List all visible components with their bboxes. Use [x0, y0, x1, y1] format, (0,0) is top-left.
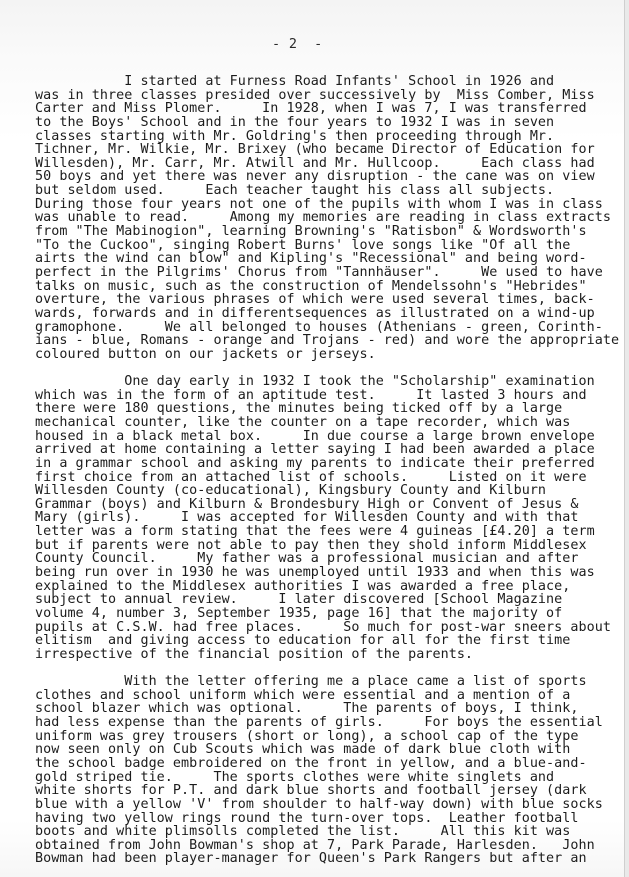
text-line: letter was a form stating that the fees … — [35, 525, 625, 539]
text-line: Carter and Miss Plomer. In 1928, when I … — [35, 102, 625, 116]
text-line: I started at Furness Road Infants' Schoo… — [35, 75, 625, 89]
text-line: first choice from an attached list of sc… — [35, 471, 625, 485]
text-line: Mary (girls). I was accepted for Willesd… — [35, 511, 625, 525]
document-body: I started at Furness Road Infants' Schoo… — [35, 75, 625, 877]
paragraph-scholarship-exam: One day early in 1932 I took the "Schola… — [35, 375, 625, 661]
text-line: 50 boys and yet there was never any disr… — [35, 170, 625, 184]
text-line: having two yellow rings round the turn-o… — [35, 812, 625, 826]
text-line: overture, the various phrases of which w… — [35, 293, 625, 307]
text-line: was in three classes presided over succe… — [35, 89, 625, 103]
text-line: talks on music, such as the construction… — [35, 280, 625, 294]
text-line: With the letter offering me a place came… — [35, 675, 625, 689]
text-line: which was in the form of an aptitude tes… — [35, 389, 625, 403]
scanned-document-page: - 2 - I started at Furness Road Infants'… — [0, 0, 629, 877]
text-line: obtained from John Bowman's shop at 7, P… — [35, 839, 625, 853]
text-line: airts the wind can blow" and Kipling's "… — [35, 252, 625, 266]
text-line: volume 4, number 3, September 1935, page… — [35, 607, 625, 621]
text-line: Bowman had been player-manager for Queen… — [35, 852, 625, 866]
text-line: school blazer which was optional. The pa… — [35, 702, 625, 716]
text-line: County Council. My father was a professi… — [35, 552, 625, 566]
text-line: there were 180 questions, the minutes be… — [35, 402, 625, 416]
text-line: mechanical counter, like the counter on … — [35, 416, 625, 430]
text-line: clothes and school uniform which were es… — [35, 689, 625, 703]
text-line: boots and white plimsolls completed the … — [35, 825, 625, 839]
text-line: elitism and giving access to education f… — [35, 634, 625, 648]
text-line: housed in a black metal box. In due cour… — [35, 430, 625, 444]
text-line: ians - blue, Romans - orange and Trojans… — [35, 334, 625, 348]
text-line: to the Boys' School and in the four year… — [35, 116, 625, 130]
text-line: gold striped tie. The sports clothes wer… — [35, 771, 625, 785]
text-line: but if parents were not able to pay then… — [35, 539, 625, 553]
text-line: uniform was grey trousers (short or long… — [35, 730, 625, 744]
page-number: - 2 - — [272, 36, 323, 52]
paragraph-school-memories: I started at Furness Road Infants' Schoo… — [35, 75, 625, 361]
text-line: white shorts for P.T. and dark blue shor… — [35, 784, 625, 798]
text-line: gramophone. We all belonged to houses (A… — [35, 321, 625, 335]
text-line: had less expense than the parents of gir… — [35, 716, 625, 730]
text-line: coloured button on our jackets or jersey… — [35, 348, 625, 362]
text-line: being run over in 1930 he was unemployed… — [35, 566, 625, 580]
text-line: subject to annual review. I later discov… — [35, 593, 625, 607]
text-line: now seen only on Cub Scouts which was ma… — [35, 743, 625, 757]
text-line: arrived at home containing a letter sayi… — [35, 443, 625, 457]
text-line: explained to the Middlesex authorities I… — [35, 580, 625, 594]
text-line: Willesden County (co-educational), Kings… — [35, 484, 625, 498]
text-line: pupils at C.S.W. had free places. So muc… — [35, 621, 625, 635]
text-line: Tichner, Mr. Wilkie, Mr. Brixey (who bec… — [35, 143, 625, 157]
text-line: During those four years not one of the p… — [35, 198, 625, 212]
text-line: irrespective of the financial position o… — [35, 648, 625, 662]
text-line: Grammar (boys) and Kilburn & Brondesbury… — [35, 498, 625, 512]
text-line: the school badge embroidered on the fron… — [35, 757, 625, 771]
text-line: classes starting with Mr. Goldring's the… — [35, 130, 625, 144]
text-line: Willesden), Mr. Carr, Mr. Atwill and Mr.… — [35, 157, 625, 171]
text-line: perfect in the Pilgrims' Chorus from "Ta… — [35, 266, 625, 280]
text-line: but seldom used. Each teacher taught his… — [35, 184, 625, 198]
text-line: "To the Cuckoo", singing Robert Burns' l… — [35, 239, 625, 253]
text-line: One day early in 1932 I took the "Schola… — [35, 375, 625, 389]
paragraph-uniform-list: With the letter offering me a place came… — [35, 675, 625, 866]
text-line: blue with a yellow 'V' from shoulder to … — [35, 798, 625, 812]
text-line: was unable to read. Among my memories ar… — [35, 211, 625, 225]
text-line: in a grammar school and asking my parent… — [35, 457, 625, 471]
text-line: from "The Mabinogion", learning Browning… — [35, 225, 625, 239]
text-line: wards, forwards and in differentsequence… — [35, 307, 625, 321]
